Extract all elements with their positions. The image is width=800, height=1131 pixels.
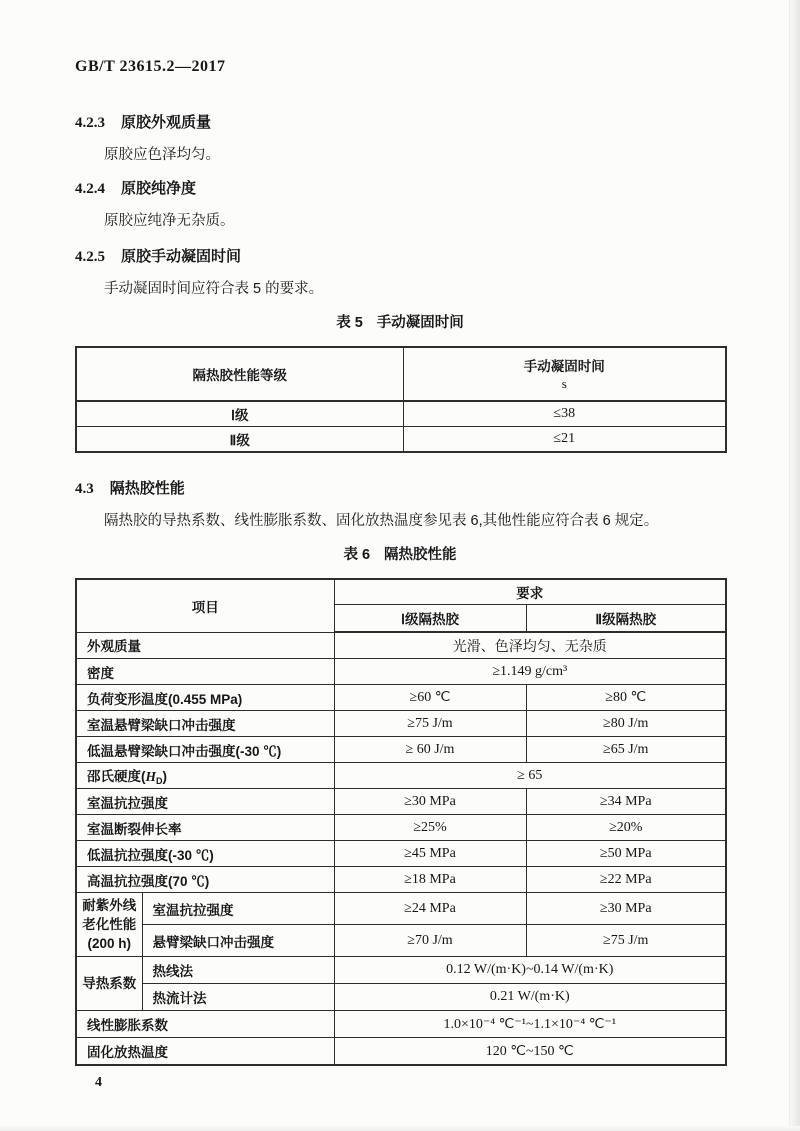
section-heading-4-2-4: 4.2.4原胶纯净度 [75, 179, 725, 199]
value-cell: 120 ℃~150 ℃ [334, 1038, 726, 1066]
row-ht-tensile: 高温抗拉强度(70 ℃) ≥18 MPa ≥22 MPa [76, 867, 726, 893]
item-label: 室温抗拉强度 [76, 789, 334, 815]
row-rt-tensile: 室温抗拉强度 ≥30 MPa ≥34 MPa [76, 789, 726, 815]
item-label: 低温悬臂梁缺口冲击强度(-30 ℃) [76, 737, 334, 763]
grade-cell: Ⅱ级 [76, 427, 403, 453]
grade1-value: ≥30 MPa [334, 789, 526, 815]
table6-header-grade2: Ⅱ级隔热胶 [526, 605, 726, 633]
table6-header-row1: 项目 要求 [76, 579, 726, 605]
row-lt-izod: 低温悬臂梁缺口冲击强度(-30 ℃) ≥ 60 J/m ≥65 J/m [76, 737, 726, 763]
table5-header-grade: 隔热胶性能等级 [76, 347, 403, 401]
row-shore-hardness: 邵氏硬度(HD) ≥ 65 [76, 763, 726, 789]
row-uv-aging-izod: 悬臂梁缺口冲击强度 ≥70 J/m ≥75 J/m [76, 925, 726, 957]
table5-header-unit: s [408, 376, 722, 391]
grade2-value: ≥22 MPa [526, 867, 726, 893]
value-cell: 光滑、色泽均匀、无杂质 [334, 632, 726, 659]
table5: 隔热胶性能等级 手动凝固时间 s Ⅰ级 ≤38 Ⅱ级 ≤21 [75, 346, 727, 453]
paragraph-4-2-4: 原胶应纯净无杂质。 [75, 211, 725, 231]
sub-item-label: 热线法 [142, 957, 334, 984]
table6-caption-text: 隔热胶性能 [384, 547, 457, 563]
grade1-value: ≥45 MPa [334, 841, 526, 867]
thermal-conductivity-group-label: 导热系数 [76, 957, 142, 1011]
grade2-value: ≥80 ℃ [526, 685, 726, 711]
value-cell: 0.12 W/(m·K)~0.14 W/(m·K) [334, 957, 726, 984]
shore-label-suffix: ) [163, 769, 168, 784]
table5-header-row: 隔热胶性能等级 手动凝固时间 s [76, 347, 726, 401]
value-cell: ≤38 [403, 401, 726, 427]
table5-row-grade2: Ⅱ级 ≤21 [76, 427, 726, 453]
document-code: GB/T 23615.2—2017 [75, 58, 725, 76]
section-number: 4.2.4 [75, 181, 105, 197]
grade1-value: ≥25% [334, 815, 526, 841]
scan-edge-right [789, 0, 800, 1131]
uv-group-line3: (200 h) [81, 934, 138, 953]
grade2-value: ≥20% [526, 815, 726, 841]
table6-caption-label: 表 6 [343, 547, 370, 563]
section-number: 4.2.3 [75, 115, 105, 131]
item-label: 室温悬臂梁缺口冲击强度 [76, 711, 334, 737]
paragraph-4-2-5: 手动凝固时间应符合表 5 的要求。 [75, 279, 725, 299]
item-label: 密度 [76, 659, 334, 685]
scan-edge-bottom [0, 1126, 800, 1131]
row-appearance: 外观质量 光滑、色泽均匀、无杂质 [76, 632, 726, 659]
section-heading-4-2-3: 4.2.3原胶外观质量 [75, 113, 725, 133]
grade1-value: ≥18 MPa [334, 867, 526, 893]
grade2-value: ≥75 J/m [526, 925, 726, 957]
row-uv-aging-tensile: 耐紫外线 老化性能 (200 h) 室温抗拉强度 ≥24 MPa ≥30 MPa [76, 893, 726, 925]
paragraph-4-3: 隔热胶的导热系数、线性膨胀系数、固化放热温度参见表 6,其他性能应符合表 6 规… [75, 511, 725, 531]
table5-caption-label: 表 5 [336, 315, 363, 331]
grade1-value: ≥ 60 J/m [334, 737, 526, 763]
table5-header-time: 手动凝固时间 s [403, 347, 726, 401]
section-number: 4.2.5 [75, 249, 105, 265]
section-title: 原胶外观质量 [121, 114, 211, 131]
table5-row-grade1: Ⅰ级 ≤38 [76, 401, 726, 427]
sub-item-label: 悬臂梁缺口冲击强度 [142, 925, 334, 957]
grade2-value: ≥65 J/m [526, 737, 726, 763]
page: GB/T 23615.2—2017 4.2.3原胶外观质量 原胶应色泽均匀。 4… [0, 0, 800, 1131]
grade1-value: ≥24 MPa [334, 893, 526, 925]
section-number: 4.3 [75, 481, 94, 497]
shore-symbol: H [146, 769, 157, 784]
grade-cell: Ⅰ级 [76, 401, 403, 427]
item-label: 室温断裂伸长率 [76, 815, 334, 841]
grade2-value: ≥50 MPa [526, 841, 726, 867]
value-cell: ≤21 [403, 427, 726, 453]
item-label: 负荷变形温度(0.455 MPa) [76, 685, 334, 711]
row-thermal-hot-wire: 导热系数 热线法 0.12 W/(m·K)~0.14 W/(m·K) [76, 957, 726, 984]
table6-header-grade1: Ⅰ级隔热胶 [334, 605, 526, 633]
shore-label-prefix: 邵氏硬度( [87, 769, 146, 784]
grade1-value: ≥75 J/m [334, 711, 526, 737]
item-label: 低温抗拉强度(-30 ℃) [76, 841, 334, 867]
grade2-value: ≥34 MPa [526, 789, 726, 815]
uv-aging-group-label: 耐紫外线 老化性能 (200 h) [76, 893, 142, 957]
section-title: 原胶纯净度 [121, 180, 196, 197]
item-label: 外观质量 [76, 632, 334, 659]
value-cell: 1.0×10⁻⁴ ℃⁻¹~1.1×10⁻⁴ ℃⁻¹ [334, 1011, 726, 1038]
item-label: 邵氏硬度(HD) [76, 763, 334, 789]
item-label: 线性膨胀系数 [76, 1011, 334, 1038]
item-label: 固化放热温度 [76, 1038, 334, 1066]
uv-group-line2: 老化性能 [81, 915, 138, 934]
section-title: 原胶手动凝固时间 [121, 248, 241, 265]
section-heading-4-3: 4.3隔热胶性能 [75, 479, 725, 499]
row-linear-expansion: 线性膨胀系数 1.0×10⁻⁴ ℃⁻¹~1.1×10⁻⁴ ℃⁻¹ [76, 1011, 726, 1038]
uv-group-line1: 耐紫外线 [81, 896, 138, 915]
grade1-value: ≥70 J/m [334, 925, 526, 957]
row-curing-exotherm: 固化放热温度 120 ℃~150 ℃ [76, 1038, 726, 1066]
table6-header-item: 项目 [76, 579, 334, 632]
sub-item-label: 室温抗拉强度 [142, 893, 334, 925]
item-label: 高温抗拉强度(70 ℃) [76, 867, 334, 893]
row-lt-tensile: 低温抗拉强度(-30 ℃) ≥45 MPa ≥50 MPa [76, 841, 726, 867]
table5-caption: 表 5手动凝固时间 [75, 313, 725, 333]
row-load-deformation: 负荷变形温度(0.455 MPa) ≥60 ℃ ≥80 ℃ [76, 685, 726, 711]
value-cell: ≥1.149 g/cm³ [334, 659, 726, 685]
sub-item-label: 热流计法 [142, 984, 334, 1011]
value-cell: 0.21 W/(m·K) [334, 984, 726, 1011]
page-content: GB/T 23615.2—2017 4.2.3原胶外观质量 原胶应色泽均匀。 4… [75, 58, 725, 1091]
section-heading-4-2-5: 4.2.5原胶手动凝固时间 [75, 247, 725, 267]
row-rt-izod: 室温悬臂梁缺口冲击强度 ≥75 J/m ≥80 J/m [76, 711, 726, 737]
row-thermal-heat-flow: 热流计法 0.21 W/(m·K) [76, 984, 726, 1011]
table6-header-requirement: 要求 [334, 579, 726, 605]
row-rt-elongation: 室温断裂伸长率 ≥25% ≥20% [76, 815, 726, 841]
table6-caption: 表 6隔热胶性能 [75, 545, 725, 565]
table5-caption-text: 手动凝固时间 [377, 315, 464, 331]
table5-header-time-label: 手动凝固时间 [408, 357, 722, 376]
section-title: 隔热胶性能 [110, 480, 185, 497]
grade2-value: ≥80 J/m [526, 711, 726, 737]
row-density: 密度 ≥1.149 g/cm³ [76, 659, 726, 685]
grade2-value: ≥30 MPa [526, 893, 726, 925]
paragraph-4-2-3: 原胶应色泽均匀。 [75, 145, 725, 165]
page-number: 4 [75, 1075, 725, 1091]
grade1-value: ≥60 ℃ [334, 685, 526, 711]
table6: 项目 要求 Ⅰ级隔热胶 Ⅱ级隔热胶 外观质量 光滑、色泽均匀、无杂质 密度 ≥1… [75, 578, 727, 1066]
value-cell: ≥ 65 [334, 763, 726, 789]
